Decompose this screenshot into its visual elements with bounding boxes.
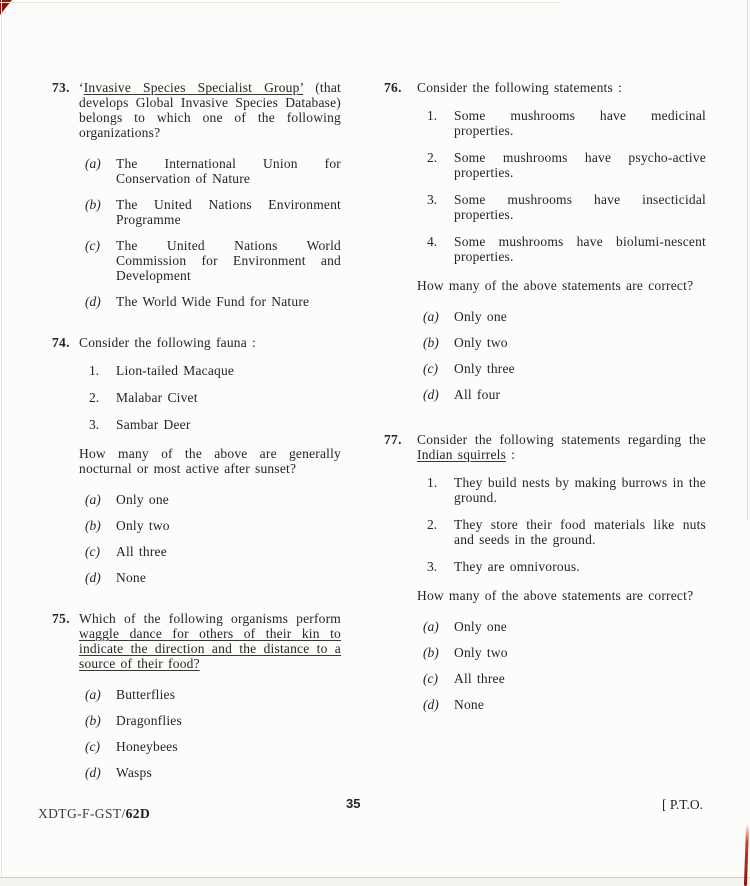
option-row: (c) The United Nations World Commission …	[85, 238, 341, 283]
statement-number: 2.	[427, 517, 454, 547]
statement-row: 1. Some mushrooms have medicinal propert…	[427, 108, 706, 138]
pen-underline: Indian squirrels	[417, 447, 506, 462]
right-column: 76. Consider the following statements : …	[384, 80, 706, 780]
statement-row: 2. They store their food materials like …	[427, 517, 706, 547]
option-label: (d)	[85, 294, 116, 309]
option-row: (b) Only two	[85, 518, 341, 533]
question-substem: How many of the above statements are cor…	[417, 588, 706, 603]
statement-row: 3. They are omnivorous.	[427, 559, 706, 574]
question-stem: Consider the following statements :	[417, 80, 706, 95]
option-label: (b)	[423, 335, 454, 350]
statement-row: 1. They build nests by making burrows in…	[427, 475, 706, 505]
statement-text: Some mushrooms have psycho-active proper…	[454, 150, 706, 180]
option-text: Only one	[116, 492, 341, 507]
page-edge-left	[1, 0, 2, 886]
question-body: Consider the following statements : 1. S…	[417, 80, 706, 402]
option-text: Only three	[454, 361, 706, 376]
statement-text: Some mushrooms have biolumi-nescent prop…	[454, 234, 706, 264]
option-label: (b)	[85, 197, 116, 227]
option-label: (c)	[85, 238, 116, 283]
statement-row: 2. Malabar Civet	[89, 390, 341, 405]
statement-number: 3.	[427, 559, 454, 574]
option-text: Only one	[454, 619, 706, 634]
option-label: (b)	[423, 645, 454, 660]
options-list: (a) Only one (b) Only two (c) All three	[417, 619, 706, 712]
question-number: 76.	[384, 80, 417, 402]
questions-area: 73. ‘Invasive Species Specialist Group’ …	[52, 80, 706, 780]
question-75: 75. Which of the following organisms per…	[52, 611, 341, 780]
statement-row: 4. Some mushrooms have biolumi-nescent p…	[427, 234, 706, 264]
option-text: The United Nations Environment Programme	[116, 197, 341, 227]
statement-row: 1. Lion-tailed Macaque	[89, 363, 341, 378]
booklet-code: XDTG-F-GST/62D	[38, 806, 150, 821]
page-edge-top	[0, 2, 560, 3]
option-text: All three	[454, 671, 706, 686]
question-body: Consider the following fauna : 1. Lion-t…	[79, 335, 341, 585]
option-text: Only two	[454, 645, 706, 660]
option-text: None	[116, 570, 341, 585]
question-stem: ‘Invasive Species Specialist Group’ (tha…	[79, 80, 341, 140]
option-label: (d)	[85, 765, 116, 780]
option-row: (b) Dragonflies	[85, 713, 341, 728]
page-edge-right	[747, 0, 748, 520]
option-label: (d)	[423, 387, 454, 402]
option-label: (c)	[423, 361, 454, 376]
statement-text: They are omnivorous.	[454, 559, 706, 574]
statement-row: 3. Some mushrooms have insecticidal prop…	[427, 192, 706, 222]
option-label: (a)	[423, 619, 454, 634]
statements-list: 1. Some mushrooms have medicinal propert…	[417, 108, 706, 264]
page-number: 35	[346, 796, 360, 811]
option-row: (a) Only one	[423, 309, 706, 324]
question-number: 73.	[52, 80, 79, 309]
option-text: All four	[454, 387, 706, 402]
option-label: (a)	[85, 687, 116, 702]
question-body: Which of the following organisms perform…	[79, 611, 341, 780]
statement-number: 1.	[89, 363, 116, 378]
option-text: Honeybees	[116, 739, 341, 754]
question-body: ‘Invasive Species Specialist Group’ (tha…	[79, 80, 341, 309]
option-row: (d) None	[423, 697, 706, 712]
question-number: 77.	[384, 432, 417, 712]
options-list: (a) Only one (b) Only two (c) Only three	[417, 309, 706, 402]
question-73: 73. ‘Invasive Species Specialist Group’ …	[52, 80, 341, 309]
option-row: (c) All three	[423, 671, 706, 686]
pen-underline: waggle dance for others of their kin to …	[79, 626, 341, 671]
option-label: (d)	[85, 570, 116, 585]
statement-text: Some mushrooms have medicinal properties…	[454, 108, 706, 138]
statement-number: 2.	[89, 390, 116, 405]
options-list: (a) Only one (b) Only two (c) All three	[79, 492, 341, 585]
option-row: (a) Only one	[85, 492, 341, 507]
statement-text: Lion-tailed Macaque	[116, 363, 341, 378]
option-label: (c)	[85, 544, 116, 559]
question-stem: Consider the following statements regard…	[417, 432, 706, 462]
statement-number: 3.	[89, 417, 116, 432]
option-label: (a)	[423, 309, 454, 324]
option-label: (d)	[423, 697, 454, 712]
option-text: None	[454, 697, 706, 712]
stem-text: :	[506, 447, 515, 462]
option-row: (d) None	[85, 570, 341, 585]
statement-text: Sambar Deer	[116, 417, 341, 432]
option-label: (a)	[85, 156, 116, 186]
option-text: Dragonflies	[116, 713, 341, 728]
question-74: 74. Consider the following fauna : 1. Li…	[52, 335, 341, 585]
statements-list: 1. Lion-tailed Macaque 2. Malabar Civet …	[79, 363, 341, 432]
option-text: Only two	[454, 335, 706, 350]
question-substem: How many of the above are generally noct…	[79, 446, 341, 476]
option-text: The United Nations World Commission for …	[116, 238, 341, 283]
option-text: Butterflies	[116, 687, 341, 702]
option-label: (b)	[85, 713, 116, 728]
option-text: Only two	[116, 518, 341, 533]
option-row: (d) All four	[423, 387, 706, 402]
statement-number: 2.	[427, 150, 454, 180]
option-text: All three	[116, 544, 341, 559]
option-label: (a)	[85, 492, 116, 507]
statement-number: 1.	[427, 475, 454, 505]
options-list: (a) Butterflies (b) Dragonflies (c) Hone…	[79, 687, 341, 780]
pen-overline: Invasive Species	[181, 95, 278, 110]
page-edge-shadow	[0, 878, 750, 886]
statement-text: They store their food materials like nut…	[454, 517, 706, 547]
option-text: Only one	[454, 309, 706, 324]
question-substem: How many of the above statements are cor…	[417, 278, 706, 293]
booklet-code-series: 62D	[126, 806, 150, 821]
options-list: (a) The International Union for Conserva…	[79, 156, 341, 309]
option-text: The World Wide Fund for Nature	[116, 294, 341, 309]
question-stem: Which of the following organisms perform…	[79, 611, 341, 671]
left-column: 73. ‘Invasive Species Specialist Group’ …	[52, 80, 341, 780]
option-text: Wasps	[116, 765, 341, 780]
statement-text: Malabar Civet	[116, 390, 341, 405]
option-row: (b) Only two	[423, 645, 706, 660]
question-76: 76. Consider the following statements : …	[384, 80, 706, 402]
question-number: 75.	[52, 611, 79, 780]
statement-number: 1.	[427, 108, 454, 138]
option-row: (c) Only three	[423, 361, 706, 376]
question-body: Consider the following statements regard…	[417, 432, 706, 712]
pen-underline: Invasive Species Specialist Group’	[84, 80, 304, 95]
statement-number: 3.	[427, 192, 454, 222]
option-row: (c) Honeybees	[85, 739, 341, 754]
stem-text: Consider the following statements regard…	[417, 432, 706, 447]
option-row: (a) The International Union for Conserva…	[85, 156, 341, 186]
statement-text: Some mushrooms have insecticidal propert…	[454, 192, 706, 222]
option-row: (c) All three	[85, 544, 341, 559]
option-row: (d) Wasps	[85, 765, 341, 780]
option-text: The International Union for Conservation…	[116, 156, 341, 186]
pto-label: [ P.T.O.	[662, 797, 703, 812]
option-row: (d) The World Wide Fund for Nature	[85, 294, 341, 309]
option-row: (b) Only two	[423, 335, 706, 350]
question-stem: Consider the following fauna :	[79, 335, 341, 350]
statements-list: 1. They build nests by making burrows in…	[417, 475, 706, 574]
scanned-exam-page: 73. ‘Invasive Species Specialist Group’ …	[0, 0, 750, 886]
question-77: 77. Consider the following statements re…	[384, 432, 706, 712]
option-label: (c)	[85, 739, 116, 754]
booklet-code-prefix: XDTG-F-GST/	[38, 806, 126, 821]
option-row: (b) The United Nations Environment Progr…	[85, 197, 341, 227]
statement-text: They build nests by making burrows in th…	[454, 475, 706, 505]
statement-number: 4.	[427, 234, 454, 264]
statement-row: 3. Sambar Deer	[89, 417, 341, 432]
question-number: 74.	[52, 335, 79, 585]
option-row: (a) Butterflies	[85, 687, 341, 702]
stem-text: Which of the following organisms perform	[79, 611, 341, 626]
option-label: (c)	[423, 671, 454, 686]
option-label: (b)	[85, 518, 116, 533]
statement-row: 2. Some mushrooms have psycho-active pro…	[427, 150, 706, 180]
option-row: (a) Only one	[423, 619, 706, 634]
